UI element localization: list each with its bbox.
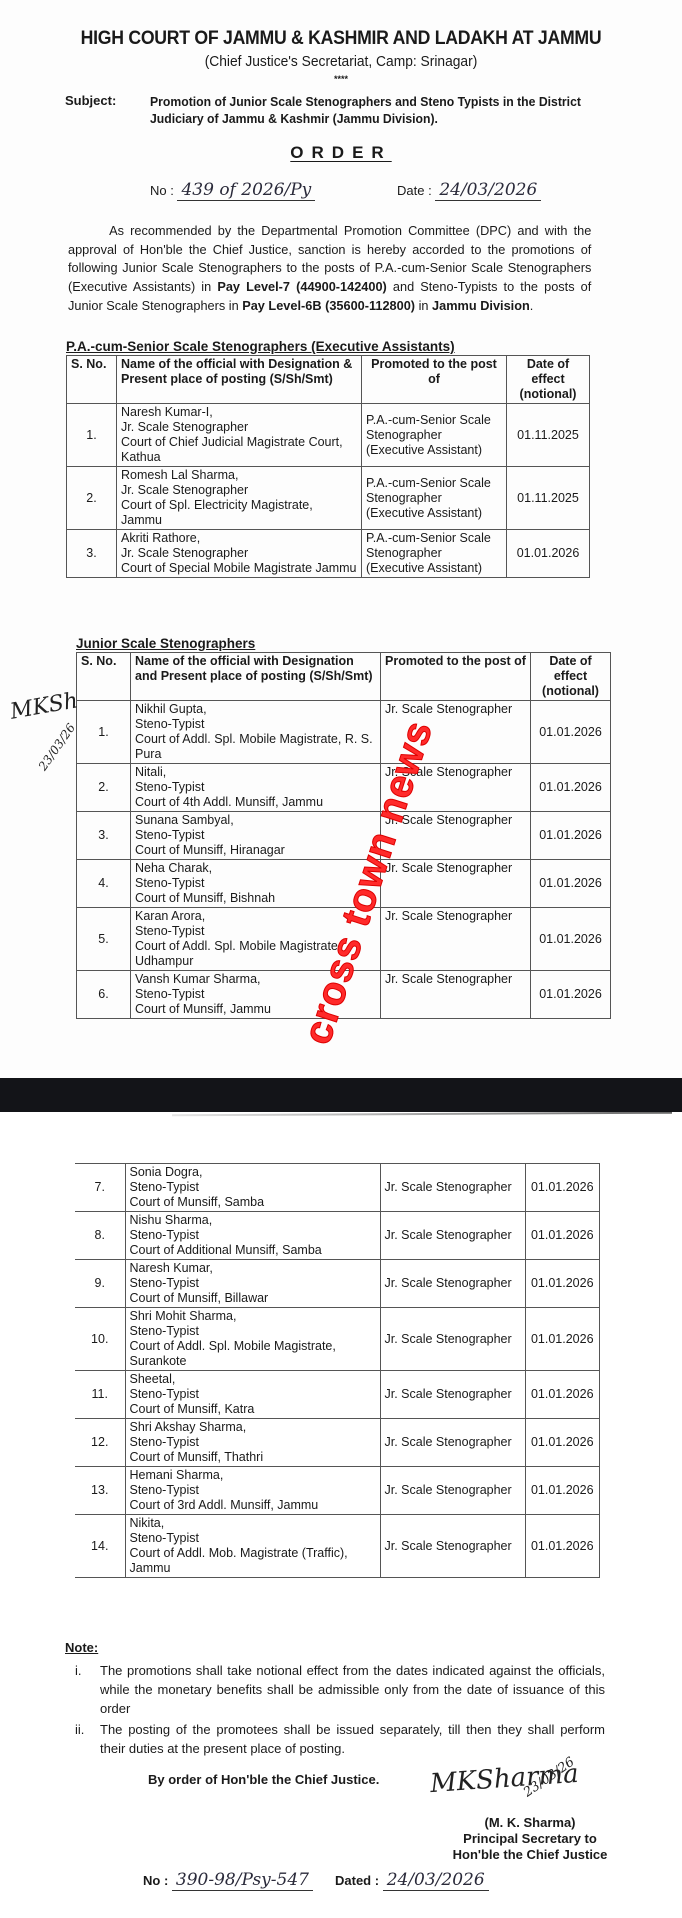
official-name: Shri Mohit Sharma, [130,1309,376,1324]
official-posting: Court of Munsiff, Samba [130,1195,376,1210]
official-name: Nishu Sharma, [130,1213,376,1228]
official-name: Neha Charak, [135,861,376,876]
effective-date: 01.01.2026 [525,1260,600,1308]
notes-heading: Note: [65,1640,605,1655]
table-header-row: S. No. Name of the official with Designa… [77,653,611,701]
official-designation: Steno-Typist [130,1435,376,1450]
subject-label: Subject: [65,93,116,108]
serial-number: 6. [77,971,131,1019]
effective-date: 01.01.2026 [525,1515,600,1578]
serial-number: 3. [67,530,117,578]
effective-date: 01.01.2026 [531,764,611,812]
body-text: in [415,298,432,313]
official-designation: Steno-Typist [130,1387,376,1402]
official-designation: Steno-Typist [130,1276,376,1291]
endorsement-number: No : 390-98/Psy-547 [143,1870,313,1890]
table-row: 2.Romesh Lal Sharma,Jr. Scale Stenograph… [67,467,590,530]
pay-level-6b: Pay Level-6B (35600-112800) [242,298,415,313]
serial-number: 12. [75,1419,125,1467]
official-name: Hemani Sharma, [130,1468,376,1483]
official-designation: Steno-Typist [130,1228,376,1243]
official-posting: Court of Chief Judicial Magistrate Court… [121,435,357,465]
notes-section: Note: i.The promotions shall take notion… [65,1640,605,1760]
division: Jammu Division [432,298,530,313]
official-posting: Court of Spl. Electricity Magistrate, Ja… [121,498,357,528]
order-body-paragraph: As recommended by the Departmental Promo… [68,222,591,316]
promoted-post: Jr. Scale Stenographer [380,1371,525,1419]
serial-number: 1. [77,701,131,764]
effective-date: 01.01.2026 [531,860,611,908]
promoted-post: P.A.-cum-Senior Scale Stenographer (Exec… [362,404,507,467]
official-details: Sunana Sambyal,Steno-TypistCourt of Muns… [131,812,381,860]
official-designation: Jr. Scale Stenographer [121,420,357,435]
official-posting: Court of Addl. Mob. Magistrate (Traffic)… [130,1546,376,1576]
note-number: ii. [65,1720,100,1758]
pay-level-7: Pay Level-7 (44900-142400) [217,279,386,294]
effective-date: 01.01.2026 [525,1164,600,1212]
note-item: i.The promotions shall take notional eff… [65,1661,605,1718]
official-posting: Court of Munsiff, Thathri [130,1450,376,1465]
serial-number: 11. [75,1371,125,1419]
effective-date: 01.01.2026 [531,971,611,1019]
table-header-row: S. No. Name of the official with Designa… [67,356,590,404]
official-posting: Court of Additional Munsiff, Samba [130,1243,376,1258]
official-designation: Jr. Scale Stenographer [121,546,357,561]
effective-date: 01.01.2026 [507,530,590,578]
order-date-value: 24/03/2026 [435,180,541,201]
official-details: Sheetal,Steno-TypistCourt of Munsiff, Ka… [125,1371,380,1419]
official-name: Romesh Lal Sharma, [121,468,357,483]
official-name: Sheetal, [130,1372,376,1387]
promoted-post: Jr. Scale Stenographer [380,1515,525,1578]
promoted-post: Jr. Scale Stenographer [381,971,531,1019]
separator-stars: **** [0,74,682,84]
official-name: Akriti Rathore, [121,531,357,546]
order-number: No : 439 of 2026/Py [150,180,315,200]
margin-initials: MKSh [8,688,80,724]
official-posting: Court of Special Mobile Magistrate Jammu [121,561,357,576]
by-order-text: By order of Hon'ble the Chief Justice. [148,1772,379,1787]
promoted-post: Jr. Scale Stenographer [380,1260,525,1308]
column-header: Date of effect (notional) [531,653,611,701]
effective-date: 01.01.2026 [525,1371,600,1419]
subject-text: Promotion of Junior Scale Stenographers … [150,93,582,127]
scan-line [172,1112,672,1117]
signatory-name: (M. K. Sharma) [380,1815,680,1831]
endorsement-date-label: Dated : [335,1873,379,1888]
official-name: Naresh Kumar, [130,1261,376,1276]
effective-date: 01.01.2026 [531,812,611,860]
serial-number: 7. [75,1164,125,1212]
column-header: Promoted to the post of [362,356,507,404]
official-details: Romesh Lal Sharma,Jr. Scale Stenographer… [117,467,362,530]
official-details: Hemani Sharma,Steno-TypistCourt of 3rd A… [125,1467,380,1515]
column-header: Name of the official with Designation an… [131,653,381,701]
official-name: Nikhil Gupta, [135,702,376,717]
table1-heading: P.A.-cum-Senior Scale Stenographers (Exe… [66,339,455,354]
margin-date: 23/03/26 [36,721,78,773]
official-details: Shri Mohit Sharma,Steno-TypistCourt of A… [125,1308,380,1371]
table-row: 12.Shri Akshay Sharma,Steno-TypistCourt … [75,1419,600,1467]
official-details: Shri Akshay Sharma,Steno-TypistCourt of … [125,1419,380,1467]
official-designation: Steno-Typist [135,828,376,843]
official-posting: Court of Munsiff, Katra [130,1402,376,1417]
order-number-label: No : [150,183,174,198]
senior-scale-promotion-table: S. No. Name of the official with Designa… [66,355,590,578]
order-date-label: Date : [397,183,432,198]
promoted-post: P.A.-cum-Senior Scale Stenographer (Exec… [362,530,507,578]
table-row: 1.Naresh Kumar-I,Jr. Scale StenographerC… [67,404,590,467]
official-name: Sonia Dogra, [130,1165,376,1180]
note-number: i. [65,1661,100,1718]
table-row: 7.Sonia Dogra,Steno-TypistCourt of Munsi… [75,1164,600,1212]
official-designation: Steno-Typist [130,1483,376,1498]
promoted-post: Jr. Scale Stenographer [380,1419,525,1467]
table-row: 13.Hemani Sharma,Steno-TypistCourt of 3r… [75,1467,600,1515]
official-details: Nishu Sharma,Steno-TypistCourt of Additi… [125,1212,380,1260]
endorsement-number-label: No : [143,1873,168,1888]
official-name: Naresh Kumar-I, [121,405,357,420]
table-row: 9.Naresh Kumar,Steno-TypistCourt of Muns… [75,1260,600,1308]
note-text: The posting of the promotees shall be is… [100,1720,605,1758]
table-row: 11.Sheetal,Steno-TypistCourt of Munsiff,… [75,1371,600,1419]
serial-number: 10. [75,1308,125,1371]
table-row: 3.Sunana Sambyal,Steno-TypistCourt of Mu… [77,812,611,860]
official-designation: Jr. Scale Stenographer [121,483,357,498]
signatory-block: (M. K. Sharma) Principal Secretary to Ho… [380,1815,680,1863]
body-text: . [530,298,534,313]
official-name: Nikita, [130,1516,376,1531]
promoted-post: P.A.-cum-Senior Scale Stenographer (Exec… [362,467,507,530]
secretariat-subtitle: (Chief Justice's Secretariat, Camp: Srin… [27,53,654,70]
serial-number: 13. [75,1467,125,1515]
notes-list: i.The promotions shall take notional eff… [65,1661,605,1758]
serial-number: 1. [67,404,117,467]
serial-number: 2. [67,467,117,530]
official-details: Naresh Kumar-I,Jr. Scale StenographerCou… [117,404,362,467]
official-designation: Steno-Typist [135,876,376,891]
official-details: Naresh Kumar,Steno-TypistCourt of Munsif… [125,1260,380,1308]
order-title: ORDER [0,143,682,163]
endorsement-date-value: 24/03/2026 [383,1870,489,1891]
official-name: Nitali, [135,765,376,780]
official-details: Nikhil Gupta,Steno-TypistCourt of Addl. … [131,701,381,764]
promoted-post: Jr. Scale Stenographer [380,1467,525,1515]
official-posting: Court of 3rd Addl. Munsiff, Jammu [130,1498,376,1513]
serial-number: 4. [77,860,131,908]
signatory-title: Principal Secretary to [380,1831,680,1847]
serial-number: 8. [75,1212,125,1260]
effective-date: 01.11.2025 [507,404,590,467]
official-posting: Court of Addl. Spl. Mobile Magistrate, S… [130,1339,376,1369]
official-name: Shri Akshay Sharma, [130,1420,376,1435]
official-name: Sunana Sambyal, [135,813,376,828]
signatory-title: Hon'ble the Chief Justice [380,1847,680,1863]
column-header: Name of the official with Designation & … [117,356,362,404]
serial-number: 5. [77,908,131,971]
official-details: Akriti Rathore,Jr. Scale StenographerCou… [117,530,362,578]
note-text: The promotions shall take notional effec… [100,1661,605,1718]
table-row: 8.Nishu Sharma,Steno-TypistCourt of Addi… [75,1212,600,1260]
document-page-1: HIGH COURT OF JAMMU & KASHMIR AND LADAKH… [0,0,682,1080]
promoted-post: Jr. Scale Stenographer [380,1308,525,1371]
table-row: 2.Nitali,Steno-TypistCourt of 4th Addl. … [77,764,611,812]
promoted-post: Jr. Scale Stenographer [380,1212,525,1260]
order-title-text: ORDER [290,143,391,162]
table-row: 1.Nikhil Gupta,Steno-TypistCourt of Addl… [77,701,611,764]
column-header: S. No. [67,356,117,404]
page-divider-band [0,1078,682,1112]
official-designation: Steno-Typist [130,1324,376,1339]
column-header: Date of effect (notional) [507,356,590,404]
official-designation: Steno-Typist [135,780,376,795]
endorsement-date: Dated : 24/03/2026 [335,1870,489,1890]
serial-number: 3. [77,812,131,860]
effective-date: 01.01.2026 [531,908,611,971]
official-posting: Court of Munsiff, Billawar [130,1291,376,1306]
table-row: 14.Nikita,Steno-TypistCourt of Addl. Mob… [75,1515,600,1578]
official-details: Nitali,Steno-TypistCourt of 4th Addl. Mu… [131,764,381,812]
official-posting: Court of Munsiff, Hiranagar [135,843,376,858]
official-details: Nikita,Steno-TypistCourt of Addl. Mob. M… [125,1515,380,1578]
official-posting: Court of 4th Addl. Munsiff, Jammu [135,795,376,810]
order-date: Date : 24/03/2026 [397,180,541,200]
effective-date: 01.01.2026 [525,1467,600,1515]
effective-date: 01.11.2025 [507,467,590,530]
effective-date: 01.01.2026 [525,1212,600,1260]
serial-number: 14. [75,1515,125,1578]
official-details: Sonia Dogra,Steno-TypistCourt of Munsiff… [125,1164,380,1212]
official-designation: Steno-Typist [130,1531,376,1546]
table-row: 3.Akriti Rathore,Jr. Scale StenographerC… [67,530,590,578]
promoted-post: Jr. Scale Stenographer [380,1164,525,1212]
effective-date: 01.01.2026 [525,1419,600,1467]
column-header: Promoted to the post of [381,653,531,701]
effective-date: 01.01.2026 [531,701,611,764]
promoted-post: Jr. Scale Stenographer [381,908,531,971]
table2-heading: Junior Scale Stenographers [76,636,255,651]
serial-number: 9. [75,1260,125,1308]
note-item: ii.The posting of the promotees shall be… [65,1720,605,1758]
official-designation: Steno-Typist [135,717,376,732]
endorsement-number-value: 390-98/Psy-547 [172,1870,313,1891]
order-number-value: 439 of 2026/Py [177,180,315,201]
junior-scale-promotion-table-continued: 7.Sonia Dogra,Steno-TypistCourt of Munsi… [75,1163,600,1578]
official-designation: Steno-Typist [130,1180,376,1195]
effective-date: 01.01.2026 [525,1308,600,1371]
serial-number: 2. [77,764,131,812]
column-header: S. No. [77,653,131,701]
table-row: 10.Shri Mohit Sharma,Steno-TypistCourt o… [75,1308,600,1371]
court-title: HIGH COURT OF JAMMU & KASHMIR AND LADAKH… [24,28,658,50]
official-posting: Court of Addl. Spl. Mobile Magistrate, R… [135,732,376,762]
promoted-post: Jr. Scale Stenographer [381,860,531,908]
